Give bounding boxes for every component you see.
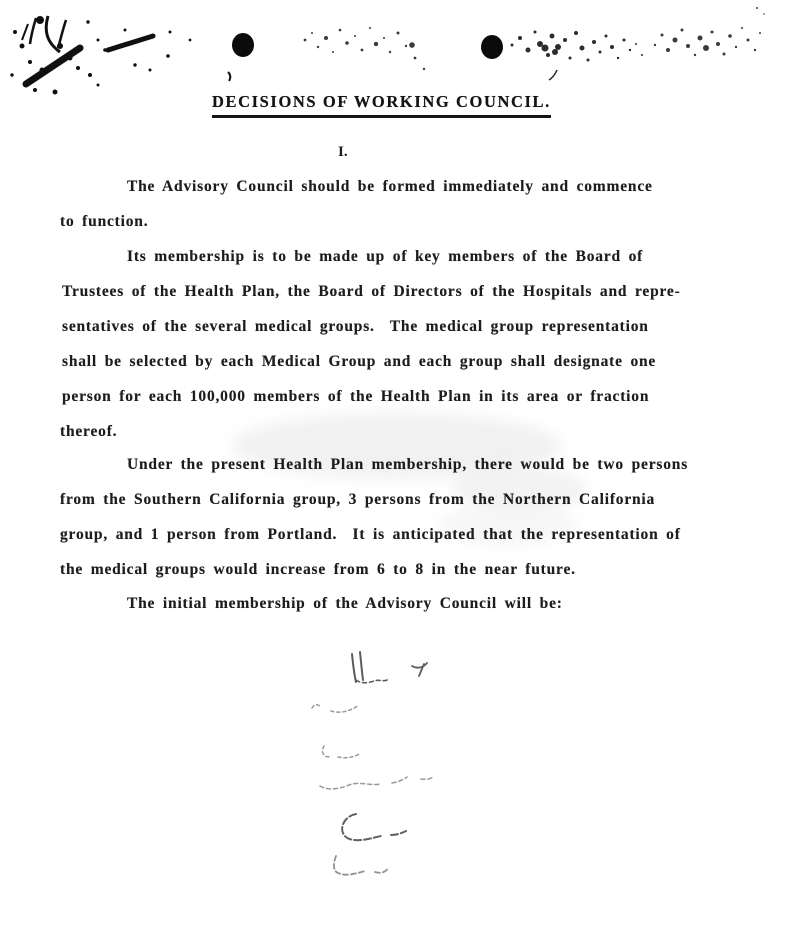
document-page: DECISIONS OF WORKING COUNCIL. I. The Adv… bbox=[0, 0, 790, 930]
speckle-cluster-a bbox=[304, 27, 426, 70]
pen-dash-icon bbox=[97, 36, 169, 57]
body-line: The Advisory Council should be formed im… bbox=[127, 178, 653, 196]
body-line: group, and 1 person from Portland. It is… bbox=[60, 526, 681, 544]
handwritten-line bbox=[334, 856, 388, 875]
body-line: The initial membership of the Advisory C… bbox=[127, 595, 563, 613]
ink-scribble-icon bbox=[11, 16, 191, 94]
body-line: Under the present Health Plan membership… bbox=[127, 456, 688, 474]
body-line: thereof. bbox=[60, 423, 117, 441]
body-line: shall be selected by each Medical Group … bbox=[62, 353, 656, 371]
speckle-cluster-c bbox=[654, 7, 765, 56]
handwritten-line bbox=[352, 652, 427, 683]
black-dot-right-icon bbox=[481, 35, 503, 59]
handwritten-notes bbox=[250, 638, 510, 908]
section-numeral: I. bbox=[338, 144, 348, 161]
body-line: to function. bbox=[60, 213, 148, 231]
body-line: Its membership is to be made up of key m… bbox=[127, 248, 643, 266]
handwritten-line bbox=[342, 814, 406, 840]
body-line: sentatives of the several medical groups… bbox=[62, 318, 649, 336]
document-title: DECISIONS OF WORKING COUNCIL. bbox=[212, 92, 551, 118]
body-line: person for each 100,000 members of the H… bbox=[62, 388, 649, 406]
handwritten-line bbox=[320, 777, 433, 789]
body-line: from the Southern California group, 3 pe… bbox=[60, 491, 655, 509]
body-line: Trustees of the Health Plan, the Board o… bbox=[62, 283, 681, 301]
speckle-cluster-b bbox=[511, 31, 644, 81]
body-line: the medical groups would increase from 6… bbox=[60, 561, 576, 579]
black-dot-left-icon bbox=[228, 33, 254, 81]
handwritten-line bbox=[312, 705, 359, 713]
handwritten-line bbox=[323, 746, 361, 758]
